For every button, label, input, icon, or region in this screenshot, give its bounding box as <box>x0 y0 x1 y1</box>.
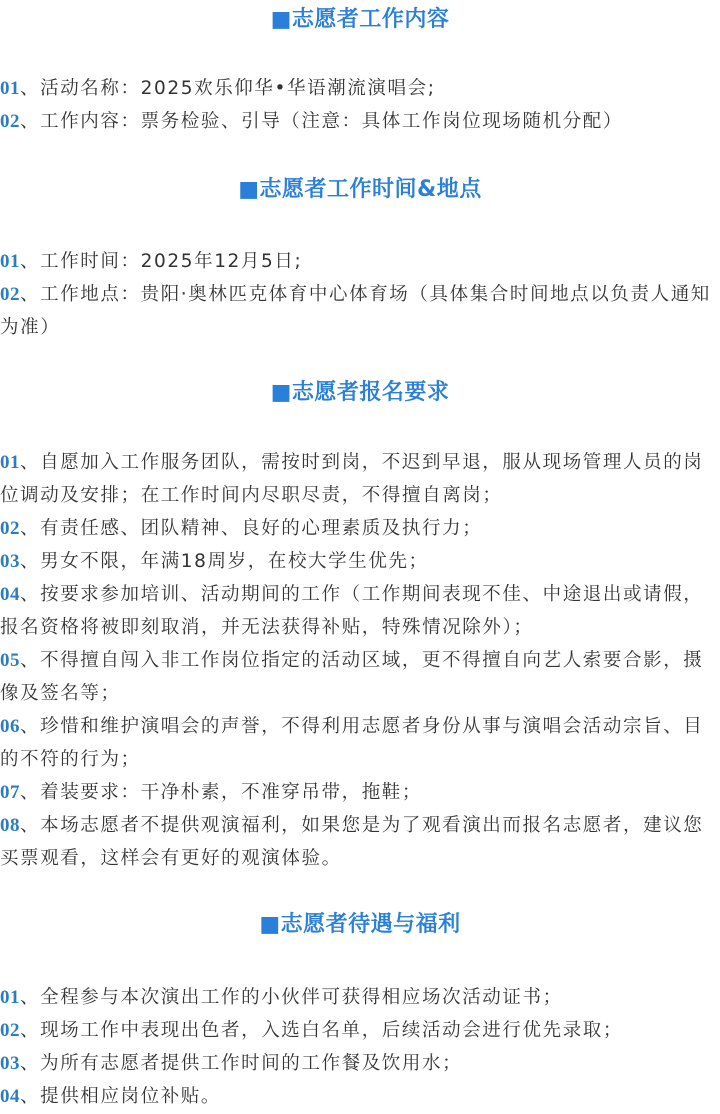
item-text: 提供相应岗位补贴。 <box>40 1086 221 1107</box>
list-item: 02、现场工作中表现出色者，入选白名单，后续活动会进行优先录取； <box>0 1014 720 1047</box>
item-number: 04 <box>0 1086 20 1107</box>
item-separator: 、 <box>20 111 40 132</box>
work-content-list: 01、活动名称：2025欢乐仰华•华语潮流演唱会; 02、工作内容：票务检验、引… <box>0 72 720 138</box>
item-separator: 、 <box>20 78 40 99</box>
item-number: 02 <box>0 1020 20 1041</box>
list-item: 03、男女不限，年满18周岁，在校大学生优先； <box>0 545 720 578</box>
item-separator: 、 <box>20 650 40 671</box>
item-number: 02 <box>0 111 20 132</box>
item-text: 现场工作中表现出色者，入选白名单，后续活动会进行优先录取； <box>40 1020 623 1041</box>
list-item: 07、着装要求：干净朴素，不准穿吊带，拖鞋； <box>0 776 720 809</box>
item-number: 01 <box>0 78 20 99</box>
list-item: 04、提供相应岗位补贴。 <box>0 1080 720 1113</box>
item-number: 01 <box>0 987 20 1008</box>
item-number: 01 <box>0 251 20 272</box>
section-title-requirements: ■志愿者报名要求 <box>0 373 720 413</box>
item-text: 活动名称：2025欢乐仰华•华语潮流演唱会; <box>40 78 435 99</box>
item-separator: 、 <box>20 452 40 473</box>
list-item: 05、不得擅自闯入非工作岗位指定的活动区域，更不得擅自向艺人索要合影，摄像及签名… <box>0 644 720 710</box>
item-separator: 、 <box>20 518 40 539</box>
list-item: 08、本场志愿者不提供观演福利，如果您是为了观看演出而报名志愿者，建议您买票观看… <box>0 809 720 875</box>
section-title-time-location: ■志愿者工作时间&地点 <box>0 170 720 210</box>
time-location-list: 01、工作时间：2025年12月5日; 02、工作地点：贵阳·奥林匹克体育中心体… <box>0 245 720 344</box>
item-text: 工作内容：票务检验、引导（注意：具体工作岗位现场随机分配） <box>40 111 623 132</box>
list-item: 01、自愿加入工作服务团队，需按时到岗，不迟到早退，服从现场管理人员的岗位调动及… <box>0 446 720 512</box>
item-text: 工作地点：贵阳·奥林匹克体育中心体育场（具体集合时间地点以负责人通知为准） <box>0 284 711 338</box>
item-separator: 、 <box>20 284 40 305</box>
item-number: 02 <box>0 518 20 539</box>
item-separator: 、 <box>20 782 40 803</box>
list-item: 01、全程参与本次演出工作的小伙伴可获得相应场次活动证书； <box>0 981 720 1014</box>
item-separator: 、 <box>20 584 40 605</box>
item-text: 为所有志愿者提供工作时间的工作餐及饮用水； <box>40 1053 462 1074</box>
item-number: 04 <box>0 584 20 605</box>
item-number: 06 <box>0 716 20 737</box>
item-text: 全程参与本次演出工作的小伙伴可获得相应场次活动证书； <box>40 987 563 1008</box>
item-text: 珍惜和维护演唱会的声誉，不得利用志愿者身份从事与演唱会活动宗旨、目的不符的行为； <box>0 716 703 770</box>
list-item: 03、为所有志愿者提供工作时间的工作餐及饮用水； <box>0 1047 720 1080</box>
item-text: 工作时间：2025年12月5日; <box>40 251 302 272</box>
list-item: 06、珍惜和维护演唱会的声誉，不得利用志愿者身份从事与演唱会活动宗旨、目的不符的… <box>0 710 720 776</box>
list-item: 04、按要求参加培训、活动期间的工作（工作期间表现不佳、中途退出或请假，报名资格… <box>0 578 720 644</box>
item-number: 03 <box>0 1053 20 1074</box>
list-item: 01、工作时间：2025年12月5日; <box>0 245 720 278</box>
item-separator: 、 <box>20 1086 40 1107</box>
item-number: 03 <box>0 551 20 572</box>
benefits-list: 01、全程参与本次演出工作的小伙伴可获得相应场次活动证书； 02、现场工作中表现… <box>0 981 720 1113</box>
item-separator: 、 <box>20 716 40 737</box>
requirements-list: 01、自愿加入工作服务团队，需按时到岗，不迟到早退，服从现场管理人员的岗位调动及… <box>0 446 720 875</box>
item-number: 07 <box>0 782 20 803</box>
item-text: 按要求参加培训、活动期间的工作（工作期间表现不佳、中途退出或请假，报名资格将被即… <box>0 584 703 638</box>
list-item: 02、有责任感、团队精神、良好的心理素质及执行力； <box>0 512 720 545</box>
item-text: 不得擅自闯入非工作岗位指定的活动区域，更不得擅自向艺人索要合影，摄像及签名等； <box>0 650 703 704</box>
item-separator: 、 <box>20 1020 40 1041</box>
list-item: 02、工作地点：贵阳·奥林匹克体育中心体育场（具体集合时间地点以负责人通知为准） <box>0 278 720 344</box>
section-title-benefits: ■志愿者待遇与福利 <box>0 905 720 945</box>
item-separator: 、 <box>20 1053 40 1074</box>
item-number: 01 <box>0 452 20 473</box>
item-text: 本场志愿者不提供观演福利，如果您是为了观看演出而报名志愿者，建议您买票观看，这样… <box>0 815 703 869</box>
item-separator: 、 <box>20 551 40 572</box>
list-item: 02、工作内容：票务检验、引导（注意：具体工作岗位现场随机分配） <box>0 105 720 138</box>
item-text: 自愿加入工作服务团队，需按时到岗，不迟到早退，服从现场管理人员的岗位调动及安排；… <box>0 452 703 506</box>
list-item: 01、活动名称：2025欢乐仰华•华语潮流演唱会; <box>0 72 720 105</box>
item-separator: 、 <box>20 815 40 836</box>
item-text: 着装要求：干净朴素，不准穿吊带，拖鞋； <box>40 782 422 803</box>
item-separator: 、 <box>20 987 40 1008</box>
item-number: 05 <box>0 650 20 671</box>
item-number: 08 <box>0 815 20 836</box>
item-text: 有责任感、团队精神、良好的心理素质及执行力； <box>40 518 482 539</box>
item-number: 02 <box>0 284 20 305</box>
item-separator: 、 <box>20 251 40 272</box>
section-title-work-content: ■志愿者工作内容 <box>0 0 720 40</box>
item-text: 男女不限，年满18周岁，在校大学生优先； <box>40 551 429 572</box>
